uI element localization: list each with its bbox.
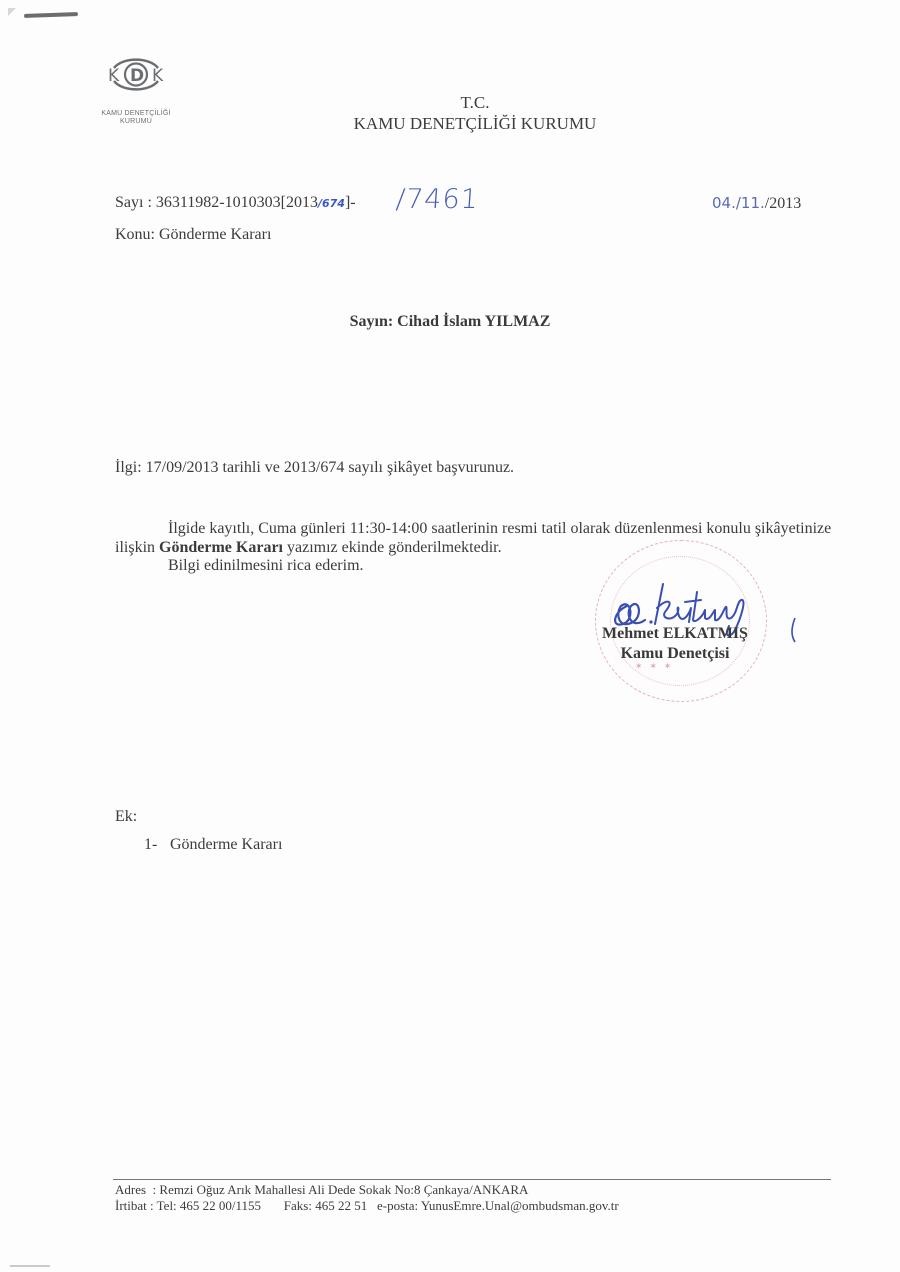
attachment-item: 1-Gönderme Kararı — [144, 836, 282, 854]
attachment-number: 1- — [144, 836, 170, 854]
reference-ilgi: İlgi: 17/09/2013 tarihli ve 2013/674 say… — [115, 459, 514, 477]
logo-caption-line1: KAMU DENETÇİLİĞİ — [86, 110, 186, 118]
logo-caption-line2: KURUMU — [86, 118, 186, 126]
footer-phone: İrtibat : Tel: 465 22 00/1155 — [115, 1198, 261, 1213]
closing-sentence: Bilgi edinilmesini rica ederim. — [168, 557, 364, 575]
attachment-title: Gönderme Kararı — [170, 836, 282, 853]
logo-caption: KAMU DENETÇİLİĞİ KURUMU — [86, 110, 186, 126]
scan-corner-artifact — [8, 8, 16, 16]
body-paragraph: İlgide kayıtlı, Cuma günleri 11:30-14:00… — [115, 519, 835, 557]
footer-email: YunusEmre.Unal@ombudsman.gov.tr — [421, 1198, 619, 1213]
footer-address: Adres : Remzi Oğuz Arık Mahallesi Ali De… — [115, 1182, 619, 1198]
sayi-suffix: ]- — [345, 194, 356, 211]
footer-email-label: e-posta: — [377, 1198, 418, 1213]
footer-contact-line: İrtibat : Tel: 465 22 00/1155 Faks: 465 … — [115, 1198, 619, 1214]
footer-contact: Adres : Remzi Oğuz Arık Mahallesi Ali De… — [115, 1182, 619, 1214]
subject-line: Konu: Gönderme Kararı — [115, 226, 271, 244]
signatory-name: Mehmet ELKATMIŞ — [560, 625, 790, 643]
logo-letter-k1: K — [108, 66, 120, 86]
footer-fax: Faks: 465 22 51 — [284, 1198, 367, 1213]
kdk-logo-icon: K D K — [104, 54, 168, 94]
logo-letter-k2: K — [152, 66, 164, 86]
scan-staple-mark — [24, 12, 78, 18]
date-printed: /2013 — [765, 195, 801, 212]
sayi-printed: Sayı : 36311982-1010303[2013 — [115, 194, 318, 211]
attachments-label: Ek: — [115, 808, 137, 826]
logo-letter-d: D — [130, 66, 144, 86]
body-text-part2: yazımız ekinde gönderilmektedir. — [283, 539, 502, 556]
letterhead: T.C. KAMU DENETÇİLİĞİ KURUMU — [300, 92, 650, 134]
signatory-title: Kamu Denetçisi — [560, 645, 790, 663]
sayi-handwritten-inline: /674 — [318, 197, 345, 210]
footer-divider — [113, 1179, 831, 1180]
sayi-handwritten-number: /7461 — [395, 184, 480, 215]
document-date: 04./11./2013 — [712, 194, 801, 213]
date-handwritten: 04./11. — [712, 194, 765, 212]
body-text-bold: Gönderme Kararı — [159, 539, 283, 556]
scan-edge-artifact — [10, 1265, 50, 1267]
letterhead-institution: KAMU DENETÇİLİĞİ KURUMU — [300, 113, 650, 134]
addressee: Sayın: Cihad İslam YILMAZ — [0, 313, 900, 331]
letterhead-tc: T.C. — [300, 92, 650, 113]
stamp-text: ✶ ✶ ✶ — [635, 662, 673, 672]
reference-number: Sayı : 36311982-1010303[2013/674]- — [115, 194, 356, 212]
